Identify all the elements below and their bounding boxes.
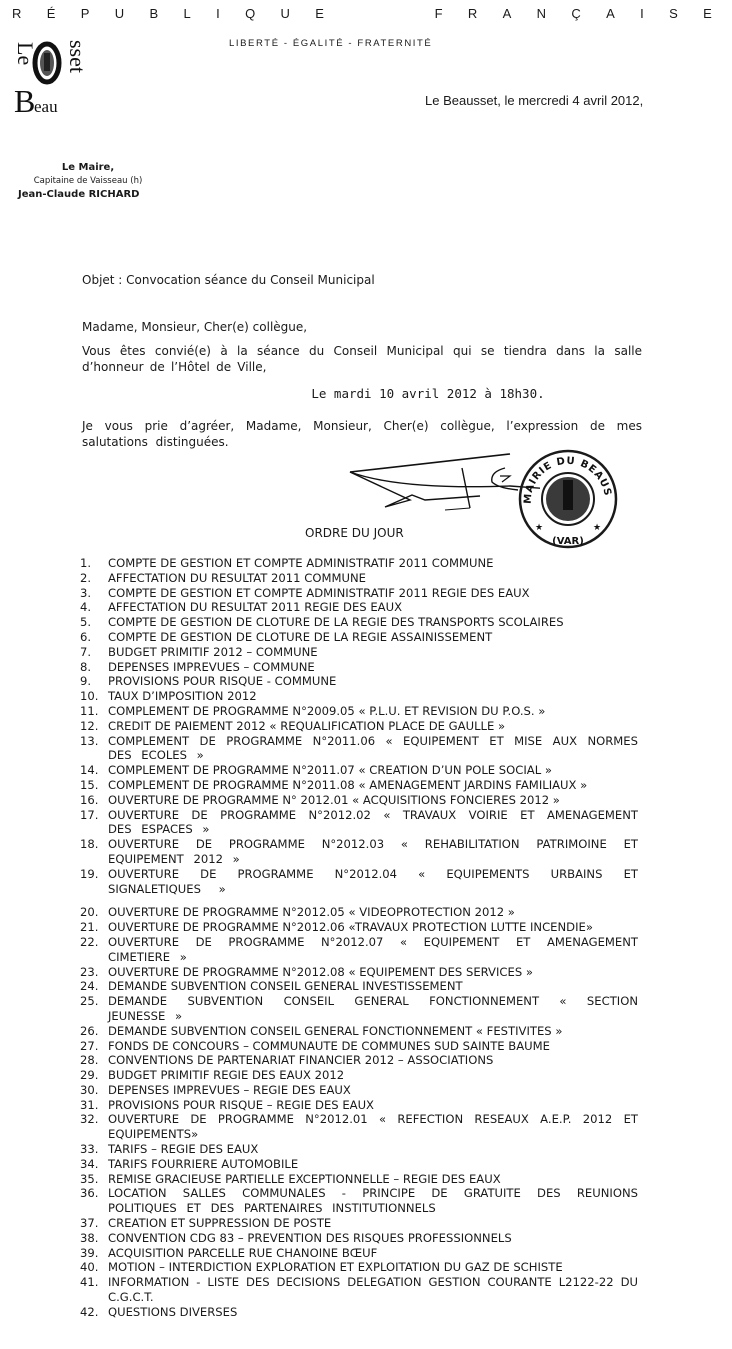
agenda-item-number: 38. (80, 1231, 106, 1246)
agenda-item: 1.COMPTE DE GESTION ET COMPTE ADMINISTRA… (80, 556, 638, 571)
agenda-item-text: COMPLEMENT DE PROGRAMME N°2009.05 « P.L.… (108, 704, 545, 718)
agenda-item-text: COMPLEMENT DE PROGRAMME N°2011.06 « EQUI… (108, 734, 638, 763)
letter-paragraph-closing: Je vous prie d’agréer, Madame, Monsieur,… (82, 418, 642, 450)
agenda-item-text: OUVERTURE DE PROGRAMME N° 2012.01 « ACQU… (108, 793, 560, 807)
agenda-item: 15.COMPLEMENT DE PROGRAMME N°2011.08 « A… (80, 778, 638, 793)
agenda-item: 32.OUVERTURE DE PROGRAMME N°2012.01 « RE… (80, 1112, 638, 1142)
agenda-item-number: 30. (80, 1083, 106, 1098)
agenda-item-number: 8. (80, 660, 106, 675)
agenda-item-number: 12. (80, 719, 106, 734)
sender-subtitle: Capitaine de Vaisseau (h) (0, 176, 176, 186)
agenda-item-text: BUDGET PRIMITIF REGIE DES EAUX 2012 (108, 1068, 344, 1082)
agenda-item-number: 35. (80, 1172, 106, 1187)
rep-letter: I (216, 6, 220, 21)
rep-letter: Q (245, 6, 255, 21)
agenda-item: 7.BUDGET PRIMITIF 2012 – COMMUNE (80, 645, 638, 660)
agenda-item-number: 1. (80, 556, 106, 571)
agenda-item: 13.COMPLEMENT DE PROGRAMME N°2011.06 « E… (80, 734, 638, 764)
agenda-item-number: 27. (80, 1039, 106, 1054)
agenda-item-number: 9. (80, 674, 106, 689)
logo-eau-text: eau (34, 97, 58, 114)
agenda-item: 26.DEMANDE SUBVENTION CONSEIL GENERAL FO… (80, 1024, 638, 1039)
agenda-item: 24.DEMANDE SUBVENTION CONSEIL GENERAL IN… (80, 979, 638, 994)
agenda-item-text: QUESTIONS DIVERSES (108, 1305, 237, 1319)
agenda-item-text: COMPLEMENT DE PROGRAMME N°2011.07 « CREA… (108, 763, 552, 777)
agenda-item: 30.DEPENSES IMPREVUES – REGIE DES EAUX (80, 1083, 638, 1098)
agenda-item-number: 25. (80, 994, 106, 1009)
place-and-date: Le Beausset, le mercredi 4 avril 2012, (425, 93, 643, 108)
agenda-item-text: OUVERTURE DE PROGRAMME N°2012.01 « REFEC… (108, 1112, 638, 1141)
agenda-item-text: OUVERTURE DE PROGRAMME N°2012.03 « REHAB… (108, 837, 638, 866)
agenda-item: 25.DEMANDE SUBVENTION CONSEIL GENERAL FO… (80, 994, 638, 1024)
fr-letter: R (468, 6, 477, 21)
agenda-item-text: DEMANDE SUBVENTION CONSEIL GENERAL FONCT… (108, 1024, 562, 1038)
agenda-item-text: PROVISIONS POUR RISQUE - COMMUNE (108, 674, 336, 688)
agenda-item: 33.TARIFS – REGIE DES EAUX (80, 1142, 638, 1157)
agenda-item: 31.PROVISIONS POUR RISQUE – REGIE DES EA… (80, 1098, 638, 1113)
agenda-item-text: CONVENTIONS DE PARTENARIAT FINANCIER 201… (108, 1053, 493, 1067)
agenda-item: 21.OUVERTURE DE PROGRAMME N°2012.06 «TRA… (80, 920, 638, 935)
agenda-item-number: 26. (80, 1024, 106, 1039)
agenda-item: 40.MOTION – INTERDICTION EXPLORATION ET … (80, 1260, 638, 1275)
agenda-item: 20.OUVERTURE DE PROGRAMME N°2012.05 « VI… (80, 905, 638, 920)
agenda-item-number: 19. (80, 867, 106, 882)
rep-letter: U (115, 6, 124, 21)
republique-francaise-header: R É P U B L I Q U E F R A N Ç A I S E (12, 6, 712, 21)
sender-title: Le Maire, (0, 162, 176, 173)
agenda-item-number: 32. (80, 1112, 106, 1127)
agenda-item-number: 3. (80, 586, 106, 601)
svg-text:★: ★ (593, 523, 601, 533)
agenda-item: 5.COMPTE DE GESTION DE CLOTURE DE LA REG… (80, 615, 638, 630)
sender-name: Jean-Claude RICHARD (0, 189, 176, 200)
agenda-item-text: OUVERTURE DE PROGRAMME N°2012.08 « EQUIP… (108, 965, 533, 979)
agenda-item-number: 39. (80, 1246, 106, 1261)
national-motto: LIBERTÉ - ÉGALITÉ - FRATERNITÉ (229, 38, 432, 49)
agenda-item: 27.FONDS DE CONCOURS – COMMUNAUTE DE COM… (80, 1039, 638, 1054)
agenda-item: 12.CREDIT DE PAIEMENT 2012 « REQUALIFICA… (80, 719, 638, 734)
logo-b-text: B (14, 83, 35, 114)
agenda-item-text: DEMANDE SUBVENTION CONSEIL GENERAL FONCT… (108, 994, 638, 1023)
agenda-item-number: 33. (80, 1142, 106, 1157)
meeting-datetime: Le mardi 10 avril 2012 à 18h30. (311, 386, 544, 401)
agenda-item-text: COMPLEMENT DE PROGRAMME N°2011.08 « AMEN… (108, 778, 587, 792)
agenda-item-text: CONVENTION CDG 83 – PREVENTION DES RISQU… (108, 1231, 512, 1245)
agenda-item: 18.OUVERTURE DE PROGRAMME N°2012.03 « RE… (80, 837, 638, 867)
agenda-item: 39.ACQUISITION PARCELLE RUE CHANOINE BŒU… (80, 1246, 638, 1261)
fr-letter: I (640, 6, 644, 21)
agenda-item-text: COMPTE DE GESTION ET COMPTE ADMINISTRATI… (108, 586, 530, 600)
agenda-item-number: 11. (80, 704, 106, 719)
agenda-item-number: 41. (80, 1275, 106, 1290)
stamp-bottom-text: (VAR) (552, 536, 584, 547)
agenda-item: 4.AFFECTATION DU RESULTAT 2011 REGIE DES… (80, 600, 638, 615)
agenda-item-text: COMPTE DE GESTION DE CLOTURE DE LA REGIE… (108, 630, 492, 644)
agenda-list: 1.COMPTE DE GESTION ET COMPTE ADMINISTRA… (80, 556, 638, 1320)
agenda-item: 28.CONVENTIONS DE PARTENARIAT FINANCIER … (80, 1053, 638, 1068)
agenda-item: 6.COMPTE DE GESTION DE CLOTURE DE LA REG… (80, 630, 638, 645)
rep-letter: R (12, 6, 21, 21)
agenda-item-text: INFORMATION - LISTE DES DECISIONS DELEGA… (108, 1275, 638, 1304)
agenda-item-number: 37. (80, 1216, 106, 1231)
rep-letter: B (150, 6, 159, 21)
logo-sset-text: sset (65, 40, 90, 73)
agenda-item: 36.LOCATION SALLES COMMUNALES - PRINCIPE… (80, 1186, 638, 1216)
agenda-item: 17.OUVERTURE DE PROGRAMME N°2012.02 « TR… (80, 808, 638, 838)
agenda-item: 37.CREATION ET SUPPRESSION DE POSTE (80, 1216, 638, 1231)
agenda-item-number: 17. (80, 808, 106, 823)
agenda-item-number: 36. (80, 1186, 106, 1201)
agenda-item-number: 29. (80, 1068, 106, 1083)
fr-letter: Ç (571, 6, 580, 21)
agenda-item: 3.COMPTE DE GESTION ET COMPTE ADMINISTRA… (80, 586, 638, 601)
agenda-item: 42.QUESTIONS DIVERSES (80, 1305, 638, 1320)
agenda-item-text: PROVISIONS POUR RISQUE – REGIE DES EAUX (108, 1098, 374, 1112)
rep-letter: L (184, 6, 191, 21)
agenda-title: ORDRE DU JOUR (305, 526, 404, 540)
agenda-item: 34.TARIFS FOURRIERE AUTOMOBILE (80, 1157, 638, 1172)
agenda-item-text: AFFECTATION DU RESULTAT 2011 REGIE DES E… (108, 600, 402, 614)
agenda-item-text: TARIFS – REGIE DES EAUX (108, 1142, 258, 1156)
agenda-item-text: TAUX D’IMPOSITION 2012 (108, 689, 257, 703)
agenda-item-text: FONDS DE CONCOURS – COMMUNAUTE DE COMMUN… (108, 1039, 550, 1053)
rep-letter: P (81, 6, 90, 21)
word-gap (349, 6, 409, 21)
sender-block: Le Maire, Capitaine de Vaisseau (h) Jean… (0, 162, 176, 200)
agenda-item-text: OUVERTURE DE PROGRAMME N°2012.06 «TRAVAU… (108, 920, 593, 934)
rep-letter: U (281, 6, 290, 21)
agenda-item-number: 42. (80, 1305, 106, 1320)
agenda-item: 9.PROVISIONS POUR RISQUE - COMMUNE (80, 674, 638, 689)
agenda-item-number: 34. (80, 1157, 106, 1172)
agenda-item-text: OUVERTURE DE PROGRAMME N°2012.04 « EQUIP… (108, 867, 638, 896)
agenda-item-text: DEMANDE SUBVENTION CONSEIL GENERAL INVES… (108, 979, 463, 993)
agenda-item-text: CREATION ET SUPPRESSION DE POSTE (108, 1216, 331, 1230)
agenda-item-number: 5. (80, 615, 106, 630)
agenda-item-text: TARIFS FOURRIERE AUTOMOBILE (108, 1157, 298, 1171)
agenda-item-text: CREDIT DE PAIEMENT 2012 « REQUALIFICATIO… (108, 719, 505, 733)
agenda-item-number: 4. (80, 600, 106, 615)
agenda-item: 35.REMISE GRACIEUSE PARTIELLE EXCEPTIONN… (80, 1172, 638, 1187)
agenda-item-number: 13. (80, 734, 106, 749)
agenda-item-text: BUDGET PRIMITIF 2012 – COMMUNE (108, 645, 318, 659)
agenda-item-number: 40. (80, 1260, 106, 1275)
agenda-item-text: ACQUISITION PARCELLE RUE CHANOINE BŒUF (108, 1246, 377, 1260)
agenda-item: 29.BUDGET PRIMITIF REGIE DES EAUX 2012 (80, 1068, 638, 1083)
letter-paragraph-invitation: Vous êtes convié(e) à la séance du Conse… (82, 343, 642, 375)
agenda-item-text: MOTION – INTERDICTION EXPLORATION ET EXP… (108, 1260, 563, 1274)
agenda-item: 14.COMPLEMENT DE PROGRAMME N°2011.07 « C… (80, 763, 638, 778)
agenda-item: 19.OUVERTURE DE PROGRAMME N°2012.04 « EQ… (80, 867, 638, 897)
agenda-item-number: 7. (80, 645, 106, 660)
meeting-datetime-line: Le mardi 10 avril 2012 à 18h30. (0, 386, 732, 401)
fr-letter: N (537, 6, 546, 21)
agenda-item-number: 14. (80, 763, 106, 778)
agenda-item-text: COMPTE DE GESTION DE CLOTURE DE LA REGIE… (108, 615, 564, 629)
agenda-item: 38.CONVENTION CDG 83 – PREVENTION DES RI… (80, 1231, 638, 1246)
agenda-item: 2.AFFECTATION DU RESULTAT 2011 COMMUNE (80, 571, 638, 586)
agenda-item-number: 28. (80, 1053, 106, 1068)
agenda-item-text: AFFECTATION DU RESULTAT 2011 COMMUNE (108, 571, 366, 585)
agenda-item: 10.TAUX D’IMPOSITION 2012 (80, 689, 638, 704)
agenda-item-number: 15. (80, 778, 106, 793)
fr-letter: F (435, 6, 443, 21)
fr-letter: S (669, 6, 678, 21)
agenda-item-text: OUVERTURE DE PROGRAMME N°2012.07 « EQUIP… (108, 935, 638, 964)
agenda-item: 41.INFORMATION - LISTE DES DECISIONS DEL… (80, 1275, 638, 1305)
mairie-stamp-icon: MAIRIE DU BEAUSSET (VAR) ★ ★ (517, 448, 619, 550)
agenda-item-text: COMPTE DE GESTION ET COMPTE ADMINISTRATI… (108, 556, 494, 570)
agenda-item-number: 2. (80, 571, 106, 586)
agenda-item-number: 31. (80, 1098, 106, 1113)
agenda-item: 22.OUVERTURE DE PROGRAMME N°2012.07 « EQ… (80, 935, 638, 965)
le-beausset-logo-icon: Le sset B eau (12, 38, 94, 114)
agenda-item: 11.COMPLEMENT DE PROGRAMME N°2009.05 « P… (80, 704, 638, 719)
agenda-item-number: 23. (80, 965, 106, 980)
agenda-item-number: 16. (80, 793, 106, 808)
agenda-item-number: 10. (80, 689, 106, 704)
agenda-item: 16.OUVERTURE DE PROGRAMME N° 2012.01 « A… (80, 793, 638, 808)
fr-letter: A (606, 6, 615, 21)
rep-letter: E (315, 6, 324, 21)
letter-salutation: Madame, Monsieur, Cher(e) collègue, (82, 319, 642, 335)
rep-letter: É (47, 6, 56, 21)
agenda-item-number: 22. (80, 935, 106, 950)
svg-text:★: ★ (535, 523, 543, 533)
letter-subject: Objet : Convocation séance du Conseil Mu… (82, 272, 642, 288)
agenda-item-number: 6. (80, 630, 106, 645)
agenda-item-number: 24. (80, 979, 106, 994)
agenda-item-text: DEPENSES IMPREVUES – REGIE DES EAUX (108, 1083, 351, 1097)
agenda-item-number: 18. (80, 837, 106, 852)
agenda-item-number: 20. (80, 905, 106, 920)
agenda-item-number: 21. (80, 920, 106, 935)
agenda-item-text: OUVERTURE DE PROGRAMME N°2012.02 « TRAVA… (108, 808, 638, 837)
agenda-item: 23.OUVERTURE DE PROGRAMME N°2012.08 « EQ… (80, 965, 638, 980)
agenda-item-text: LOCATION SALLES COMMUNALES - PRINCIPE DE… (108, 1186, 638, 1215)
agenda-item: 8.DEPENSES IMPREVUES – COMMUNE (80, 660, 638, 675)
agenda-item-text: DEPENSES IMPREVUES – COMMUNE (108, 660, 315, 674)
fr-letter: A (503, 6, 512, 21)
fr-letter: E (703, 6, 712, 21)
agenda-item-text: OUVERTURE DE PROGRAMME N°2012.05 « VIDEO… (108, 905, 515, 919)
agenda-item-text: REMISE GRACIEUSE PARTIELLE EXCEPTIONNELL… (108, 1172, 501, 1186)
